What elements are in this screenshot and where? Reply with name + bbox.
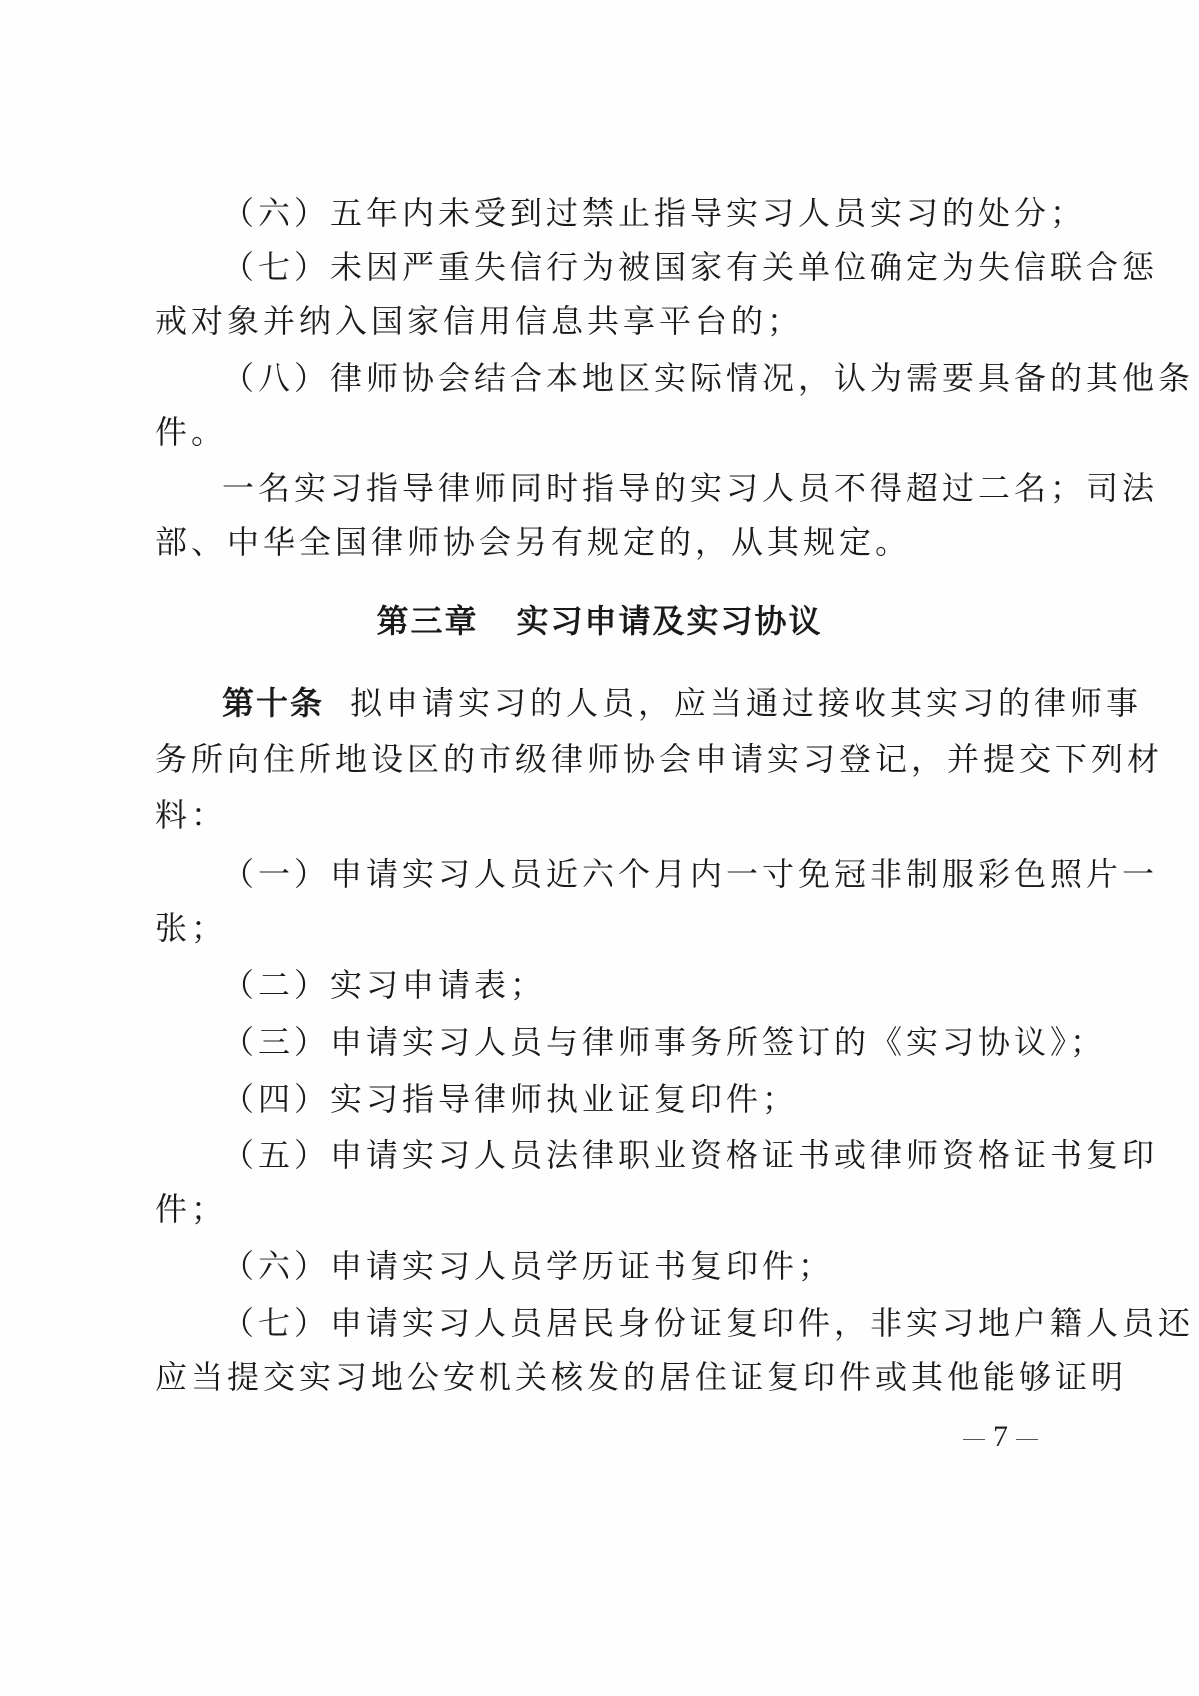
chapter-title: 实习申请及实习协议 [517, 602, 823, 640]
material-item-3: （三）申请实习人员与律师事务所签订的《实习协议》； [222, 1022, 1102, 1062]
material-item-1-line-2: 张； [155, 908, 1035, 948]
chapter-number: 第三章 [376, 602, 478, 640]
article-label: 第十条 [222, 684, 324, 722]
clause-item-8-line-2: 件。 [155, 412, 1035, 452]
article-10-text: 拟申请实习的人员，应当通过接收其实习的律师事 [350, 684, 1142, 722]
page-number-value: 7 [993, 1420, 1008, 1453]
page-number: 7 [955, 1420, 1046, 1454]
article-10-line-1: 第十条拟申请实习的人员，应当通过接收其实习的律师事 [222, 683, 1032, 723]
chapter-heading: 第三章实习申请及实习协议 [0, 601, 1199, 641]
material-item-7-line-1: （七）申请实习人员居民身份证复印件，非实习地户籍人员还 [222, 1303, 1032, 1343]
supervision-limit-line-2: 部、中华全国律师协会另有规定的，从其规定。 [155, 522, 1035, 562]
article-10-line-2: 务所向住所地设区的市级律师协会申请实习登记，并提交下列材 [155, 739, 1033, 779]
dash-left [963, 1439, 985, 1440]
material-item-5-line-1: （五）申请实习人员法律职业资格证书或律师资格证书复印 [222, 1135, 1032, 1175]
material-item-7-line-2: 应当提交实习地公安机关核发的居住证复印件或其他能够证明 [155, 1357, 1033, 1397]
material-item-2: （二）实习申请表； [222, 965, 1102, 1005]
material-item-6: （六）申请实习人员学历证书复印件； [222, 1246, 1102, 1286]
supervision-limit-line-1: 一名实习指导律师同时指导的实习人员不得超过二名；司法 [222, 468, 1032, 508]
material-item-5-line-2: 件； [155, 1189, 1035, 1229]
clause-item-6: （六）五年内未受到过禁止指导实习人员实习的处分； [222, 193, 1102, 233]
material-item-1-line-1: （一）申请实习人员近六个月内一寸免冠非制服彩色照片一 [222, 854, 1032, 894]
clause-item-7-line-2: 戒对象并纳入国家信用信息共享平台的； [155, 301, 1035, 341]
document-page: （六）五年内未受到过禁止指导实习人员实习的处分； （七）未因严重失信行为被国家有… [0, 0, 1199, 1696]
dash-right [1016, 1439, 1038, 1440]
clause-item-8-line-1: （八）律师协会结合本地区实际情况，认为需要具备的其他条 [222, 358, 1032, 398]
clause-item-7-line-1: （七）未因严重失信行为被国家有关单位确定为失信联合惩 [222, 247, 1032, 287]
article-10-line-3: 料： [155, 795, 1035, 835]
material-item-4: （四）实习指导律师执业证复印件； [222, 1079, 1102, 1119]
